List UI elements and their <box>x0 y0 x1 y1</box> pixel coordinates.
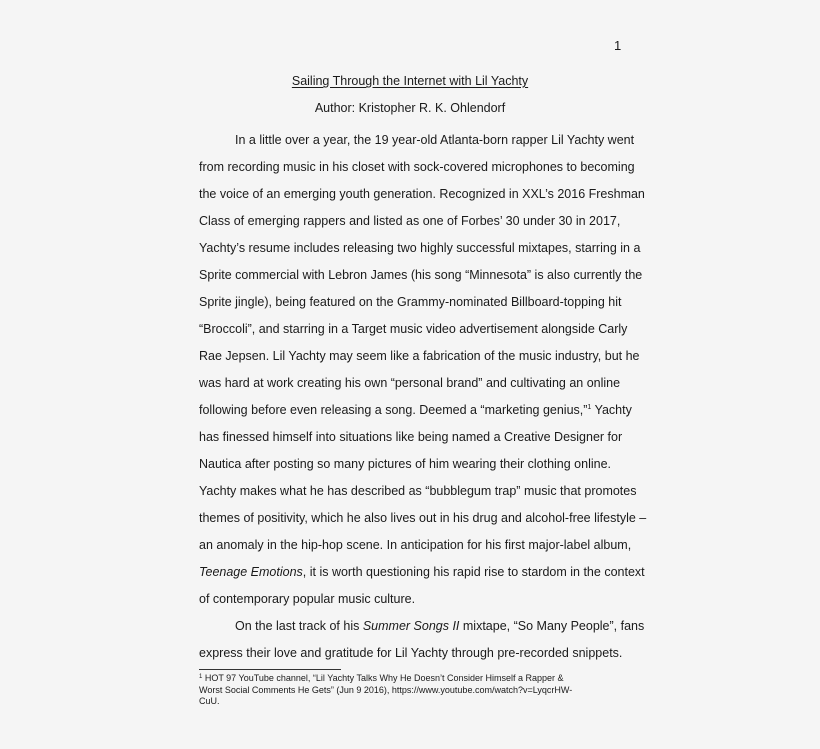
document-author: Author: Kristopher R. K. Ohlendorf <box>0 100 820 116</box>
text-line-with-footnote-ref: following before even releasing a song. … <box>199 397 629 424</box>
text-line: Yachty’s resume includes releasing two h… <box>199 235 629 262</box>
footnote-line: Worst Social Comments He Gets” (Jun 9 20… <box>199 685 619 697</box>
text-line: In a little over a year, the 19 year-old… <box>199 127 629 154</box>
footnote: 1 HOT 97 YouTube channel, “Lil Yachty Ta… <box>199 673 619 708</box>
text-line: “Broccoli”, and starring in a Target mus… <box>199 316 629 343</box>
album-title: Teenage Emotions <box>199 565 303 579</box>
text-line: the voice of an emerging youth generatio… <box>199 181 629 208</box>
text-segment: On the last track of his <box>235 619 363 633</box>
text-segment: following before even releasing a song. … <box>199 403 587 417</box>
text-line: Class of emerging rappers and listed as … <box>199 208 629 235</box>
text-line: an anomaly in the hip-hop scene. In anti… <box>199 532 629 559</box>
footnote-line: 1 HOT 97 YouTube channel, “Lil Yachty Ta… <box>199 673 619 685</box>
text-line: Teenage Emotions, it is worth questionin… <box>199 559 629 586</box>
document-page: 1 Sailing Through the Internet with Lil … <box>0 0 820 749</box>
text-segment: , it is worth questioning his rapid rise… <box>303 565 645 579</box>
footnote-text: HOT 97 YouTube channel, “Lil Yachty Talk… <box>202 673 563 683</box>
text-line: Rae Jepsen. Lil Yachty may seem like a f… <box>199 343 629 370</box>
document-title: Sailing Through the Internet with Lil Ya… <box>0 73 820 89</box>
text-line: was hard at work creating his own “perso… <box>199 370 629 397</box>
paragraph-1: In a little over a year, the 19 year-old… <box>199 127 629 613</box>
text-line: from recording music in his closet with … <box>199 154 629 181</box>
text-line: On the last track of his Summer Songs II… <box>199 613 629 640</box>
text-line: Sprite commercial with Lebron James (his… <box>199 262 629 289</box>
text-line: of contemporary popular music culture. <box>199 586 629 613</box>
text-line: express their love and gratitude for Lil… <box>199 640 629 667</box>
text-segment: Yachty <box>591 403 632 417</box>
paragraph-2: On the last track of his Summer Songs II… <box>199 613 629 667</box>
text-line: Nautica after posting so many pictures o… <box>199 451 629 478</box>
text-line: themes of positivity, which he also live… <box>199 505 629 532</box>
mixtape-title: Summer Songs II <box>363 619 460 633</box>
footnote-line: CuU. <box>199 696 619 708</box>
text-segment: mixtape, “So Many People”, fans <box>459 619 644 633</box>
text-line: Sprite jingle), being featured on the Gr… <box>199 289 629 316</box>
text-line: has finessed himself into situations lik… <box>199 424 629 451</box>
text-line: Yachty makes what he has described as “b… <box>199 478 629 505</box>
footnote-separator <box>199 669 341 670</box>
page-number: 1 <box>614 38 621 54</box>
